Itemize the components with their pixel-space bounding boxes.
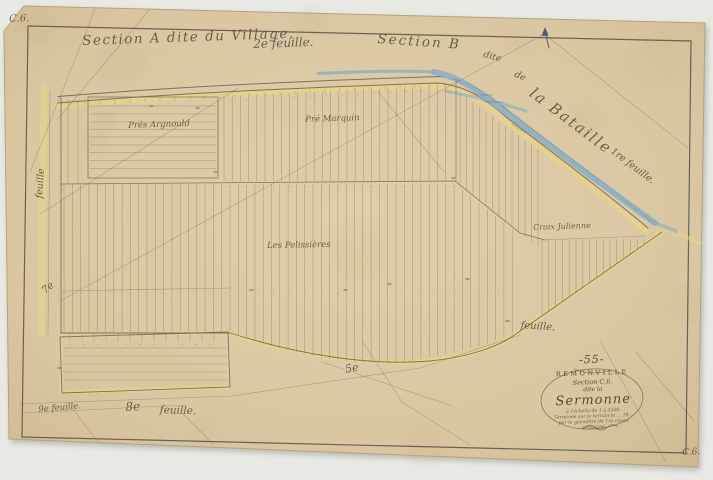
label-feuille-mid: feuille. [520, 320, 555, 333]
cadastral-map-sheet: C.6. Section A dite du Village, 2e feuil… [0, 0, 713, 480]
label-sheet-8e: 8e [125, 399, 141, 414]
label-pres-argnould: Prés Argnould [128, 119, 190, 131]
label-pre-marquin: Pré Marquin [305, 113, 360, 125]
label-feuille-8e: feuille. [160, 404, 197, 417]
label-feuille-left-edge: feuille [34, 168, 47, 199]
cartouche-sheet-number: -55- [540, 351, 644, 368]
label-les-pelissieres: Les Pelissières [267, 240, 331, 251]
title-cartouche: -55- REMONVILLE Section C.6. dite la Ser… [540, 351, 647, 438]
cartouche-small-lines: à l'échelle de 1 à 2500. Terminée sur le… [553, 407, 635, 432]
sheet-mark-bottom-right: C.6. [682, 447, 701, 458]
label-feuille-2e: 2e feuille. [253, 35, 314, 51]
sheet-mark-top-left: C.6. [9, 13, 30, 25]
cartouche-line-3: par le géomètre de 1re classe soussigné. [553, 417, 634, 431]
label-sheet-5e: 5e [344, 361, 360, 376]
